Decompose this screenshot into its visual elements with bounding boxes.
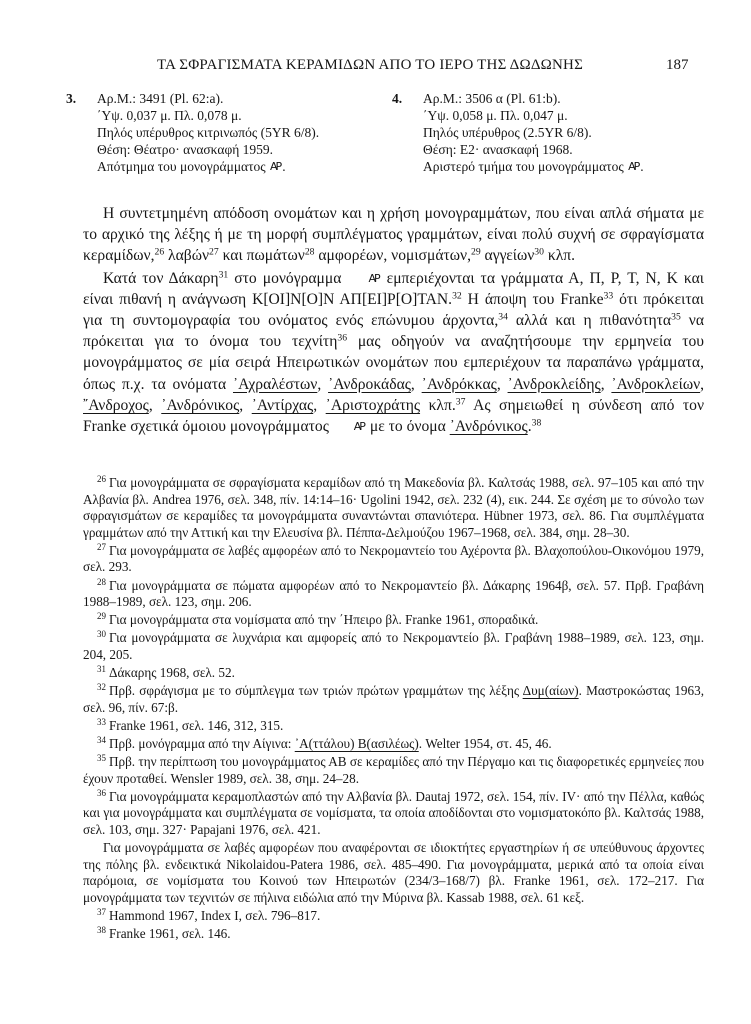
monogram-icon: ΑΡ [628,158,638,175]
page-number: 187 [666,57,689,74]
clay-description: Πηλός υπέρυθρος κιτρινωπός (5YR 6/8). [97,124,386,141]
underlined-term: Δυμ(αίων) [523,683,579,698]
name-underlined: ᾿Αντίρχας [252,397,314,414]
main-text: Η συντετμημένη απόδοση ονομάτων και η χρ… [83,203,704,437]
description: Αριστερό τμήμα του μονογράμματος ΑΡ. [423,158,712,175]
footnote-33: 33Franke 1961, σελ. 146, 312, 315. [83,718,704,735]
footnote-28: 28Για μονογράμματα σε πώματα αμφορέων απ… [83,578,704,611]
find-location: Θέση: Ε2· ανασκαφή 1968. [423,141,712,158]
monogram-icon: ΑΡ [270,158,280,175]
catalog-entry-4: 4. Αρ.Μ.: 3506 α (Pl. 61:b). ΄Υψ. 0,058 … [392,90,712,175]
dimensions: ΄Υψ. 0,037 μ. Πλ. 0,078 μ. [97,107,386,124]
name-underlined: ᾿Ανδρόνικος [450,418,528,435]
footnote-36-continuation: Για μονογράμματα σε λαβές αμφορέων που α… [83,840,704,906]
name-underlined: ᾿Αχραλέστων [233,376,317,393]
name-underlined: ᾿Ανδροκλείδης [508,376,601,393]
footnote-ref[interactable]: 26 [154,247,164,258]
footnote-ref[interactable]: 27 [209,247,219,258]
footnote-ref[interactable]: 38 [532,418,542,429]
description: Απότμημα του μονογράμματος ΑΡ. [97,158,386,175]
footnote-ref[interactable]: 31 [219,269,229,280]
underlined-term: ᾿Α(ττάλου) Β(ασιλέως) [295,736,419,751]
inventory-number: Αρ.Μ.: 3491 (Pl. 62:a). [97,90,386,107]
footnote-30: 30Για μονογράμματα σε λυχνάρια και αμφορ… [83,630,704,663]
footnote-34: 34Πρβ. μονόγραμμα από την Αίγινα: ᾿Α(ττά… [83,736,704,753]
footnote-38: 38Franke 1961, σελ. 146. [83,926,704,943]
clay-description: Πηλός υπέρυθρος (2.5YR 6/8). [423,124,712,141]
footnote-35: 35Πρβ. την περίπτωση του μονογράμματος Α… [83,754,704,787]
monogram-icon: ΑΡ [348,268,378,289]
footnote-ref[interactable]: 37 [456,397,466,408]
name-underlined: ᾿Ανδροκάδας [328,376,411,393]
paragraph-1: Η συντετμημένη απόδοση ονομάτων και η χρ… [83,203,704,267]
footnote-26: 26Για μονογράμματα σε σφραγίσματα κεραμί… [83,475,704,541]
footnotes: 26Για μονογράμματα σε σφραγίσματα κεραμί… [83,475,704,944]
name-underlined: ᾿Ανδρόκκας [422,376,497,393]
name-underlined: ᾿Αριστοχράτης [326,397,420,414]
footnote-36: 36Για μονογράμματα κεραμοπλαστών από την… [83,789,704,839]
footnote-27: 27Για μονογράμματα σε λαβές αμφορέων από… [83,543,704,576]
paragraph-2: Κατά τον Δάκαρη31 στο μονόγραμμα ΑΡ εμπε… [83,268,704,438]
footnote-29: 29Για μονογράμματα στα νομίσματα από την… [83,612,704,629]
entry-number: 4. [392,90,402,107]
dimensions: ΄Υψ. 0,058 μ. Πλ. 0,047 μ. [423,107,712,124]
book-page: ΤΑ ΣΦΡΑΓΙΣΜΑΤΑ ΚΕΡΑΜΙΔΩΝ ΑΠΟ ΤΟ ΙΕΡΟ ΤΗΣ… [0,0,751,1024]
find-location: Θέση: Θέατρο· ανασκαφή 1959. [97,141,386,158]
footnote-32: 32Πρβ. σφράγισμα με το σύμπλεγμα των τρι… [83,683,704,716]
running-title: ΤΑ ΣΦΡΑΓΙΣΜΑΤΑ ΚΕΡΑΜΙΔΩΝ ΑΠΟ ΤΟ ΙΕΡΟ ΤΗΣ… [130,57,610,74]
name-underlined: ῎Ανδροχος [83,397,149,414]
inventory-number: Αρ.Μ.: 3506 α (Pl. 61:b). [423,90,712,107]
footnote-ref[interactable]: 30 [534,247,544,258]
footnote-31: 31Δάκαρης 1968, σελ. 52. [83,665,704,682]
name-underlined: ᾿Ανδροκλείων [611,376,700,393]
footnote-ref[interactable]: 29 [471,247,481,258]
footnote-ref[interactable]: 33 [604,291,614,302]
footnote-ref[interactable]: 36 [337,333,347,344]
name-underlined: ᾿Ανδρόνικος [161,397,239,414]
entry-number: 3. [66,90,76,107]
catalog-entry-3: 3. Αρ.Μ.: 3491 (Pl. 62:a). ΄Υψ. 0,037 μ.… [66,90,386,175]
footnote-ref[interactable]: 35 [671,312,681,323]
footnote-ref[interactable]: 32 [452,291,462,302]
monogram-icon: ΑΡ [334,416,364,437]
footnote-37: 37Hammond 1967, Index I, σελ. 796–817. [83,908,704,925]
footnote-ref[interactable]: 34 [498,312,508,323]
